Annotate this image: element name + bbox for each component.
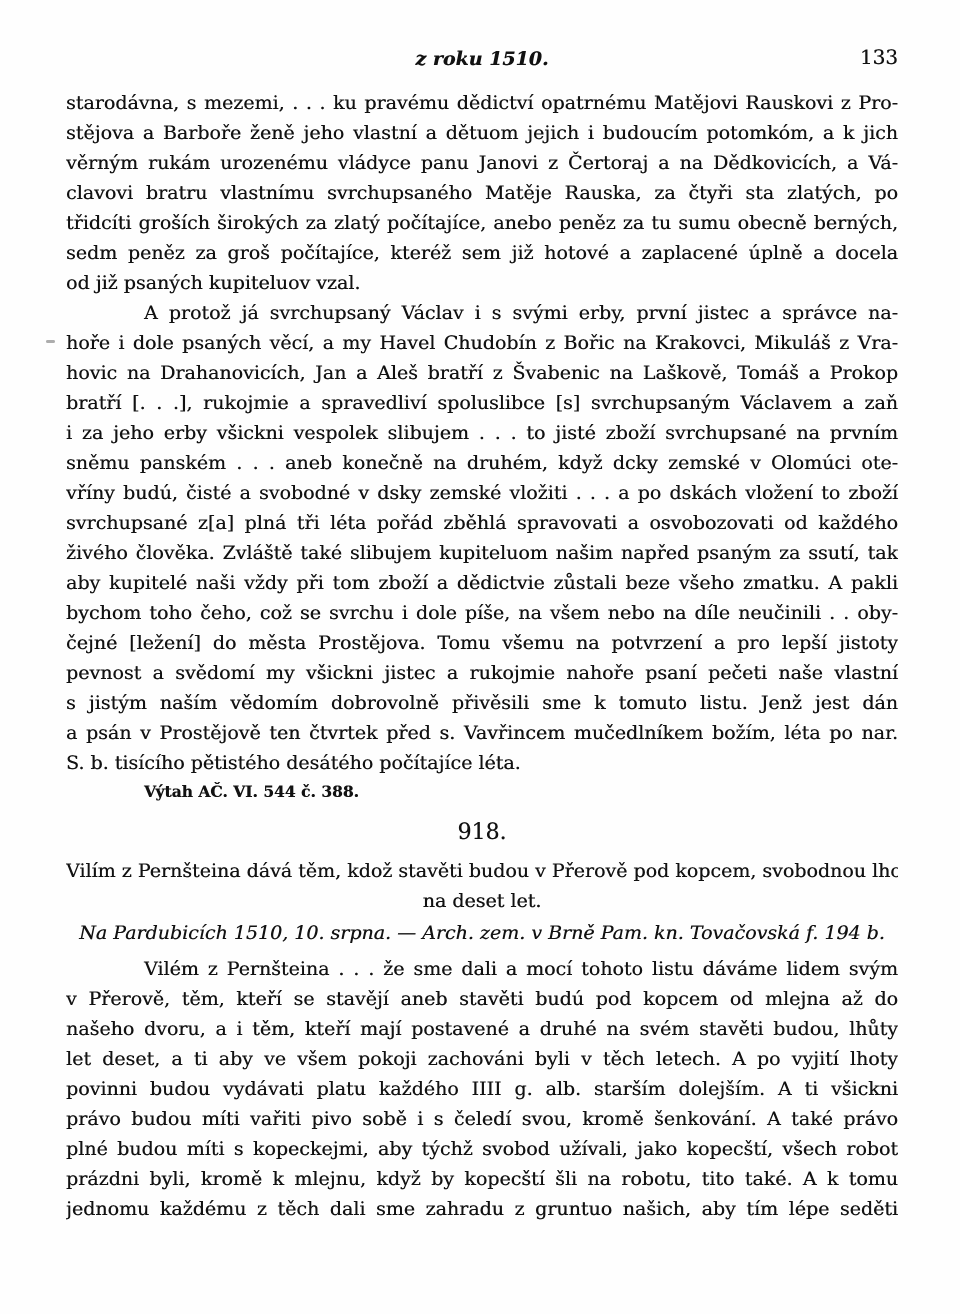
text-line: aby kupitelé naši vždy při tom zboží a d… [66, 568, 898, 598]
text-line: právo budou míti vařiti pivo sobě i s če… [66, 1104, 898, 1134]
text-line: na deset let. [66, 886, 898, 916]
text-line: v Přerově, těm, kteří se stavějí aneb st… [66, 984, 898, 1014]
text-line: sněmu panském . . . aneb konečně na druh… [66, 448, 898, 478]
book-page: z roku 1510. 133 starodávna, s mezemi, .… [0, 0, 960, 1314]
paragraph-charter-text: Vilém z Pernšteina . . . že sme dali a m… [66, 954, 898, 1224]
text-line: třidcíti groších širokých za zlatý počít… [66, 208, 898, 238]
text-line: a psán v Prostějově ten čtvrtek před s. … [66, 718, 898, 748]
text-line: prázdni byli, kromě k mlejnu, když by ko… [66, 1164, 898, 1194]
page-number: 133 [860, 44, 898, 70]
text-line: starodávna, s mezemi, . . . ku pravému d… [66, 88, 898, 118]
text-line: svrchupsané z[a] plná tři léta pořád zbě… [66, 508, 898, 538]
page-header: z roku 1510. 133 [66, 0, 898, 72]
text-line: clavovi bratru vlastnímu svrchupsaného M… [66, 178, 898, 208]
text-line: let deset, a ti aby ve všem pokoji zacho… [66, 1044, 898, 1074]
scan-artifact [46, 340, 55, 343]
text-line: jednomu každému z těch dali sme zahradu … [66, 1194, 898, 1224]
running-title: z roku 1510. [66, 46, 898, 72]
regest-summary: Vilím z Pernšteina dává těm, kdož stavět… [66, 856, 898, 916]
text-line: S. b. tisícího pětistého desátého počíta… [66, 748, 898, 778]
citation-line: Výtah AČ. VI. 544 č. 388. [66, 781, 898, 803]
paragraph-guarantors: A protož já svrchupsaný Václav i s svými… [66, 298, 898, 778]
text-line: stějova a Barboře ženě jeho vlastní a dě… [66, 118, 898, 148]
text-line: čejné [ležení] do města Prostějova. Tomu… [66, 628, 898, 658]
text-line: A protož já svrchupsaný Václav i s svými… [66, 298, 898, 328]
entry-918: 918. Vilím z Pernšteina dává těm, kdož s… [66, 819, 898, 1224]
text-line: živého člověka. Zvláště také slibujem ku… [66, 538, 898, 568]
text-line: Vilém z Pernšteina . . . že sme dali a m… [66, 954, 898, 984]
text-line: s jistým naším vědomím dobrovolně přivěs… [66, 688, 898, 718]
text-line: i za jeho erby všickni vespolek slibujem… [66, 418, 898, 448]
text-line: od již psaných kupiteluov vzal. [66, 268, 898, 298]
text-line: Vilím z Pernšteina dává těm, kdož stavět… [66, 856, 898, 886]
text-line: hovic na Drahanovicích, Jan a Aleš bratř… [66, 358, 898, 388]
text-line: pevnost a svědomí my všickni jistec a ru… [66, 658, 898, 688]
text-line: sedm peněz za groš počítajíce, kteréž se… [66, 238, 898, 268]
text-line: našeho dvoru, a i těm, kteří mají postav… [66, 1014, 898, 1044]
text-line: povinni budou vydávati platu každého III… [66, 1074, 898, 1104]
text-line: plné budou míti s kopeckejmi, aby týchž … [66, 1134, 898, 1164]
entry-917-continuation: starodávna, s mezemi, . . . ku pravému d… [66, 88, 898, 803]
text-line: bratří [. . .], rukojmie a spravedliví s… [66, 388, 898, 418]
source-line: Na Pardubicích 1510, 10. srpna. — Arch. … [66, 918, 898, 948]
text-line: vříny budú, čisté a svobodné v dsky zems… [66, 478, 898, 508]
text-line: bychom toho čeho, což se svrchu i dole p… [66, 598, 898, 628]
entry-number: 918. [66, 819, 898, 847]
paragraph-deed-continuation: starodávna, s mezemi, . . . ku pravému d… [66, 88, 898, 298]
text-line: věrným rukám urozenému vládyce panu Jano… [66, 148, 898, 178]
text-line: hoře i dole psaných věcí, a my Havel Chu… [66, 328, 898, 358]
